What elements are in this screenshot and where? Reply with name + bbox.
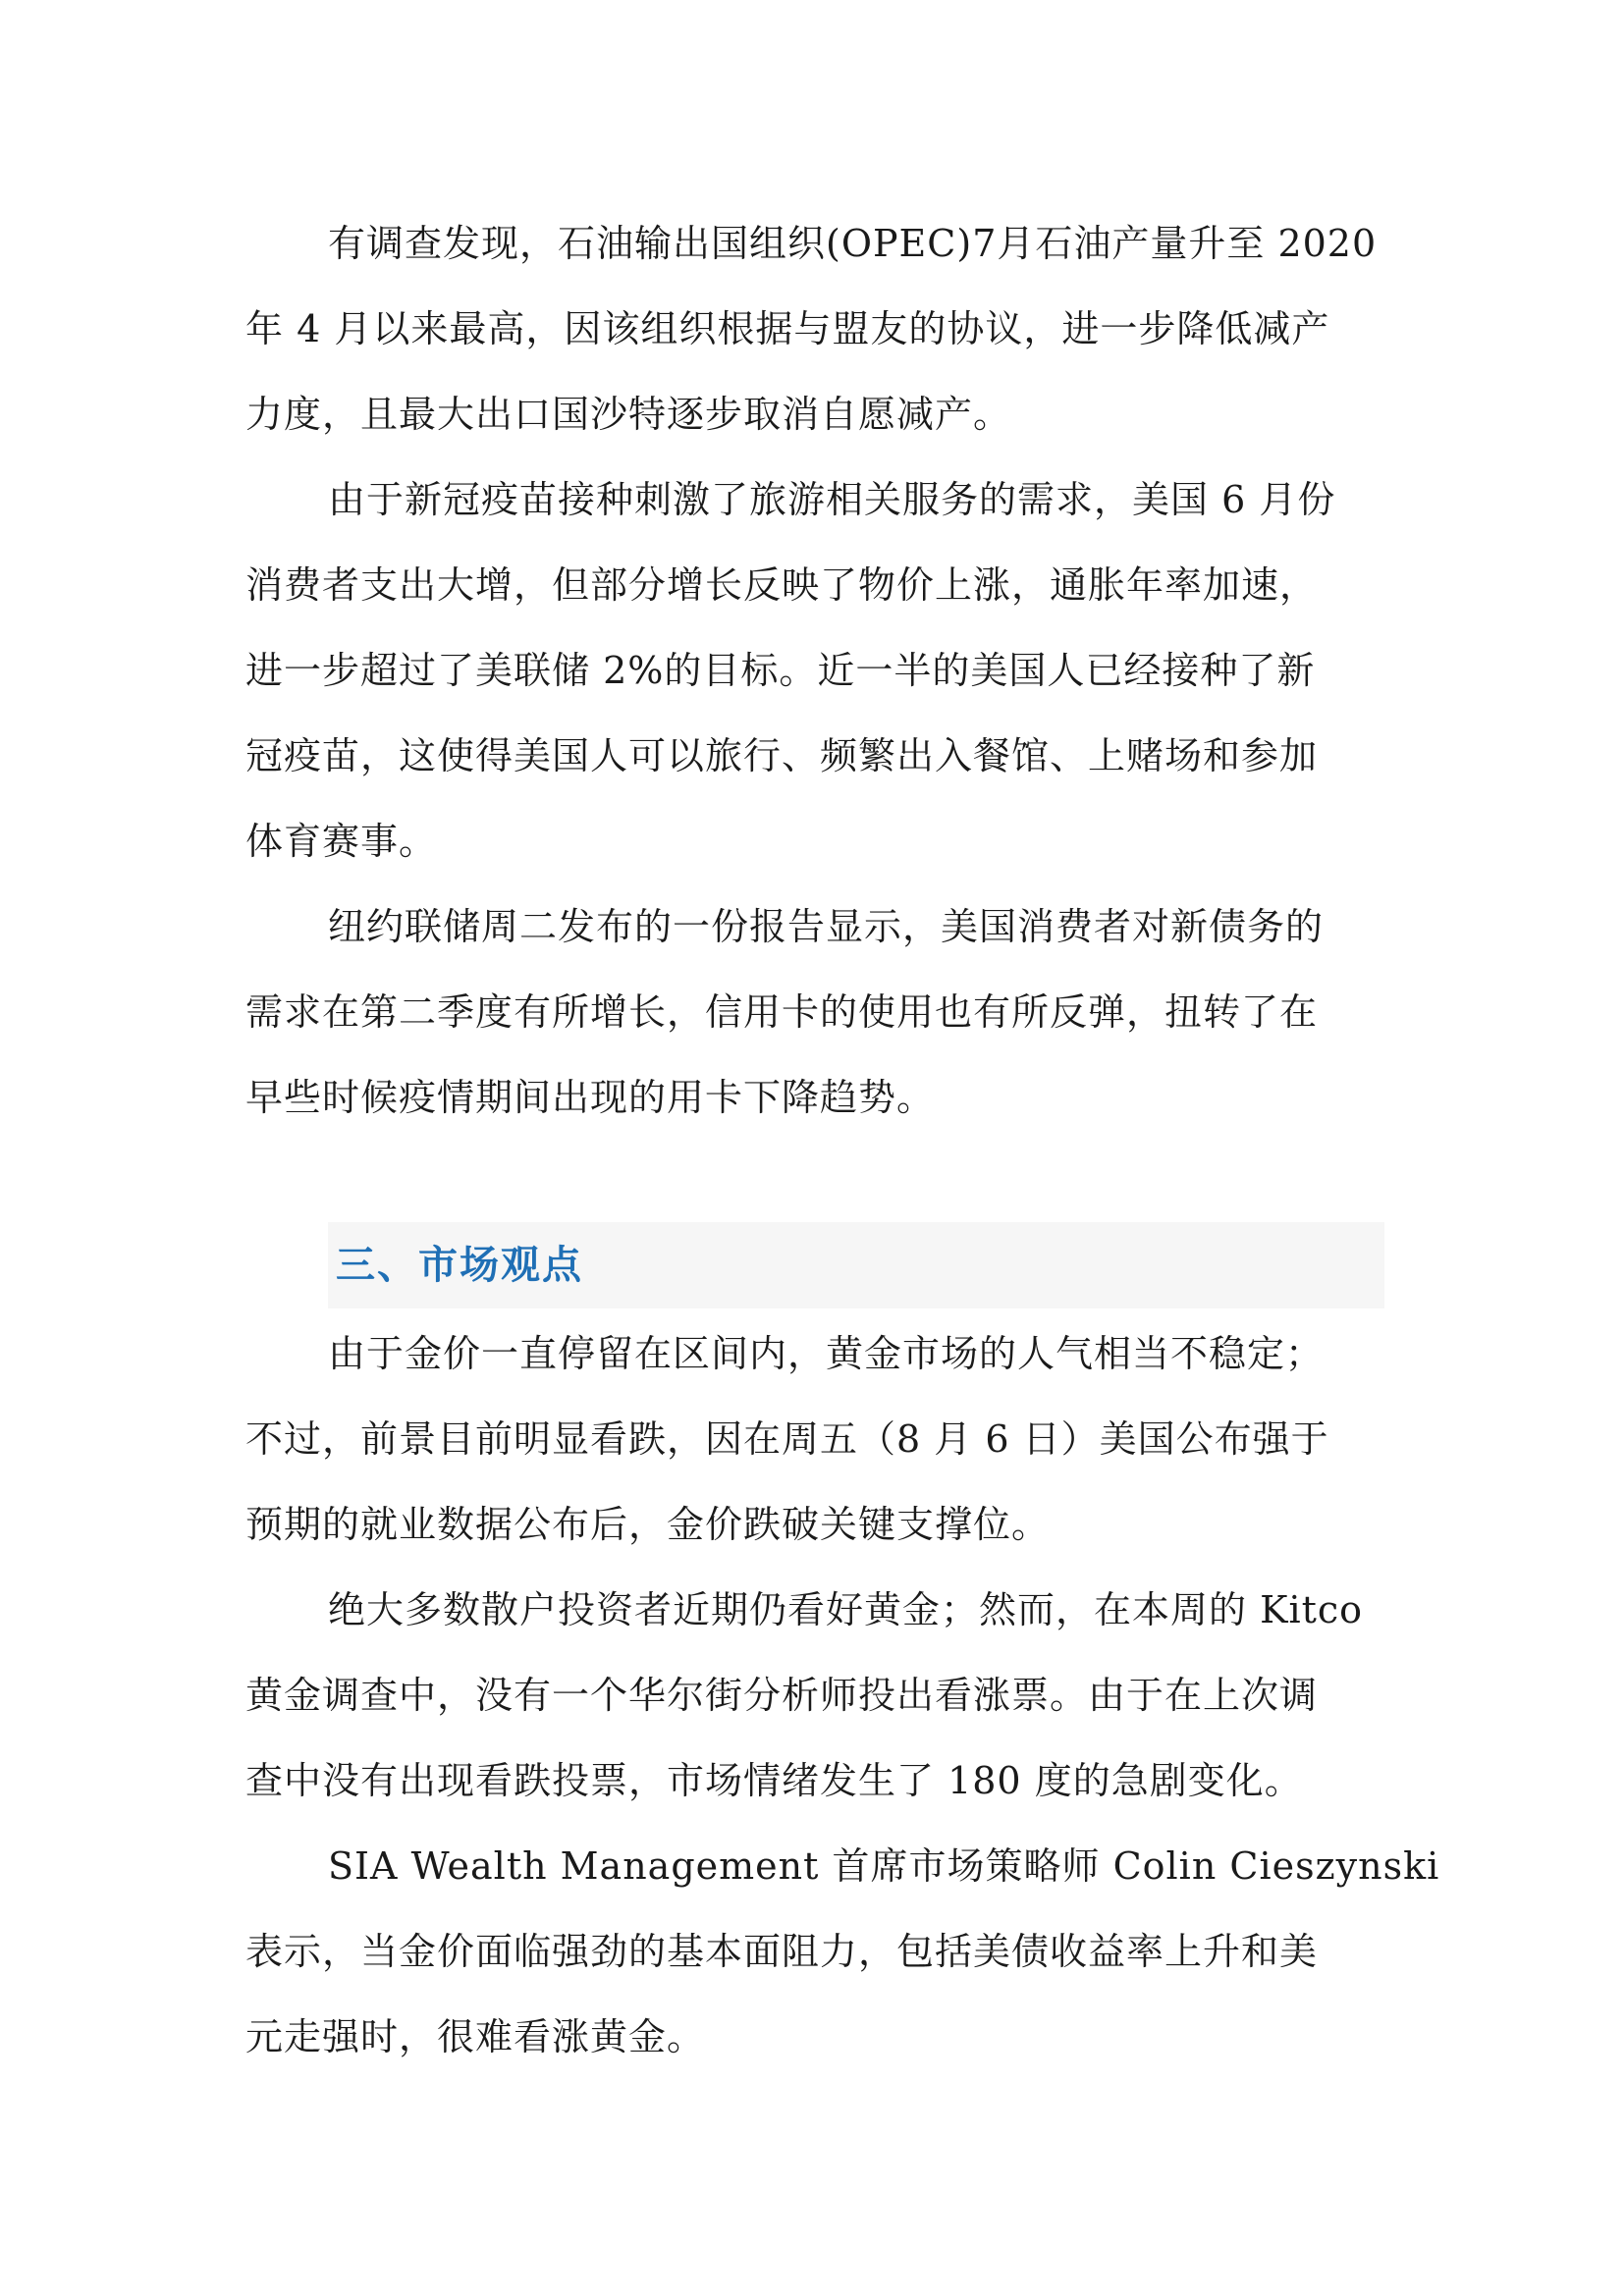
paragraph-line: 绝大多数散户投资者近期仍看好黄金；然而，在本周的 Kitco: [328, 1588, 1384, 1631]
paragraph-line: 不过，前景目前明显看跌，因在周五（8 月 6 日）美国公布强于: [245, 1417, 1384, 1461]
section-heading: 三、市场观点: [336, 1242, 583, 1289]
paragraph-line: 黄金调查中，没有一个华尔街分析师投出看涨票。由于在上次调: [245, 1674, 1384, 1717]
paragraph-line: 消费者支出大增，但部分增长反映了物价上涨，通胀年率加速，: [245, 563, 1384, 607]
paragraph-line: 查中没有出现看跌投票，市场情绪发生了 180 度的急剧变化。: [245, 1759, 1384, 1802]
paragraph-line: 体育赛事。: [245, 820, 1384, 863]
paragraph-line: 冠疫苗，这使得美国人可以旅行、频繁出入餐馆、上赌场和参加: [245, 734, 1384, 777]
paragraph-line: 元走强时，很难看涨黄金。: [245, 2015, 1384, 2058]
paragraph-line: 力度，且最大出口国沙特逐步取消自愿减产。: [245, 393, 1384, 436]
paragraph-line: 表示，当金价面临强劲的基本面阻力，包括美债收益率上升和美: [245, 1930, 1384, 1973]
paragraph-line: 由于金价一直停留在区间内，黄金市场的人气相当不稳定；: [328, 1332, 1384, 1375]
paragraph-line: 需求在第二季度有所增长，信用卡的使用也有所反弹，扭转了在: [245, 990, 1384, 1034]
paragraph-line: 由于新冠疫苗接种刺激了旅游相关服务的需求，美国 6 月份: [328, 478, 1384, 521]
section-heading-band: 三、市场观点: [328, 1222, 1384, 1308]
paragraph-line: 早些时候疫情期间出现的用卡下降趋势。: [245, 1076, 1384, 1119]
paragraph-line: SIA Wealth Management 首席市场策略师 Colin Cies…: [328, 1844, 1384, 1888]
paragraph-line: 年 4 月以来最高，因该组织根据与盟友的协议，进一步降低减产: [245, 307, 1384, 350]
paragraph-line: 有调查发现，石油输出国组织(OPEC)7月石油产量升至 2020: [328, 222, 1384, 265]
paragraph-line: 纽约联储周二发布的一份报告显示，美国消费者对新债务的: [328, 905, 1384, 948]
paragraph-line: 预期的就业数据公布后，金价跌破关键支撑位。: [245, 1503, 1384, 1546]
document-page: 有调查发现，石油输出国组织(OPEC)7月石油产量升至 2020 年 4 月以来…: [0, 0, 1624, 2296]
paragraph-line: 进一步超过了美联储 2%的目标。近一半的美国人已经接种了新: [245, 649, 1384, 692]
